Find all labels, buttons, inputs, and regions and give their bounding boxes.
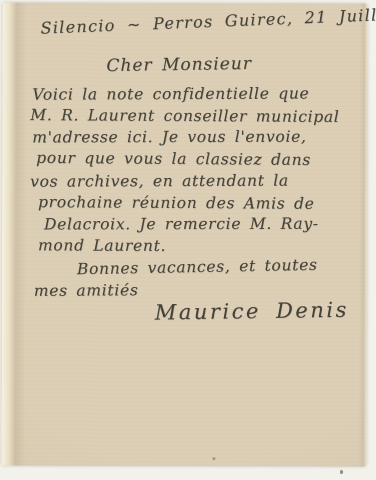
- letter-heading-place-date: Silencio ~ Perros Guirec, 21 Juillet: [40, 5, 376, 38]
- letter-line: prochaine réunion des Amis de: [38, 192, 339, 216]
- paper-speck: [212, 457, 215, 460]
- letter-paper: Silencio ~ Perros Guirec, 21 Juillet Che…: [1, 3, 367, 467]
- letter-signature: Maurice Denis: [155, 298, 349, 325]
- letter-body: Voici la note confidentielle que M. R. L…: [29, 84, 340, 258]
- letter-line: pour que vous la classiez dans: [36, 148, 339, 172]
- letter-salutation: Cher Monsieur: [106, 54, 252, 76]
- letter-line: Bonnes vacances, et toutes: [77, 254, 318, 281]
- photo-frame: Silencio ~ Perros Guirec, 21 Juillet Che…: [0, 0, 376, 480]
- background-speck: [340, 470, 343, 474]
- letter-line: vos archives, en attendant la: [30, 170, 339, 193]
- letter-line: M. R. Laurent conseiller municipal: [30, 105, 339, 129]
- letter-line: m'adresse ici. Je vous l'envoie,: [32, 127, 339, 150]
- letter-closing: Bonnes vacances, et toutes mes amitiés: [34, 256, 318, 302]
- letter-line: Delacroix. Je remercie M. Ray-: [44, 214, 339, 236]
- letter-line: Voici la note confidentielle que: [32, 83, 339, 106]
